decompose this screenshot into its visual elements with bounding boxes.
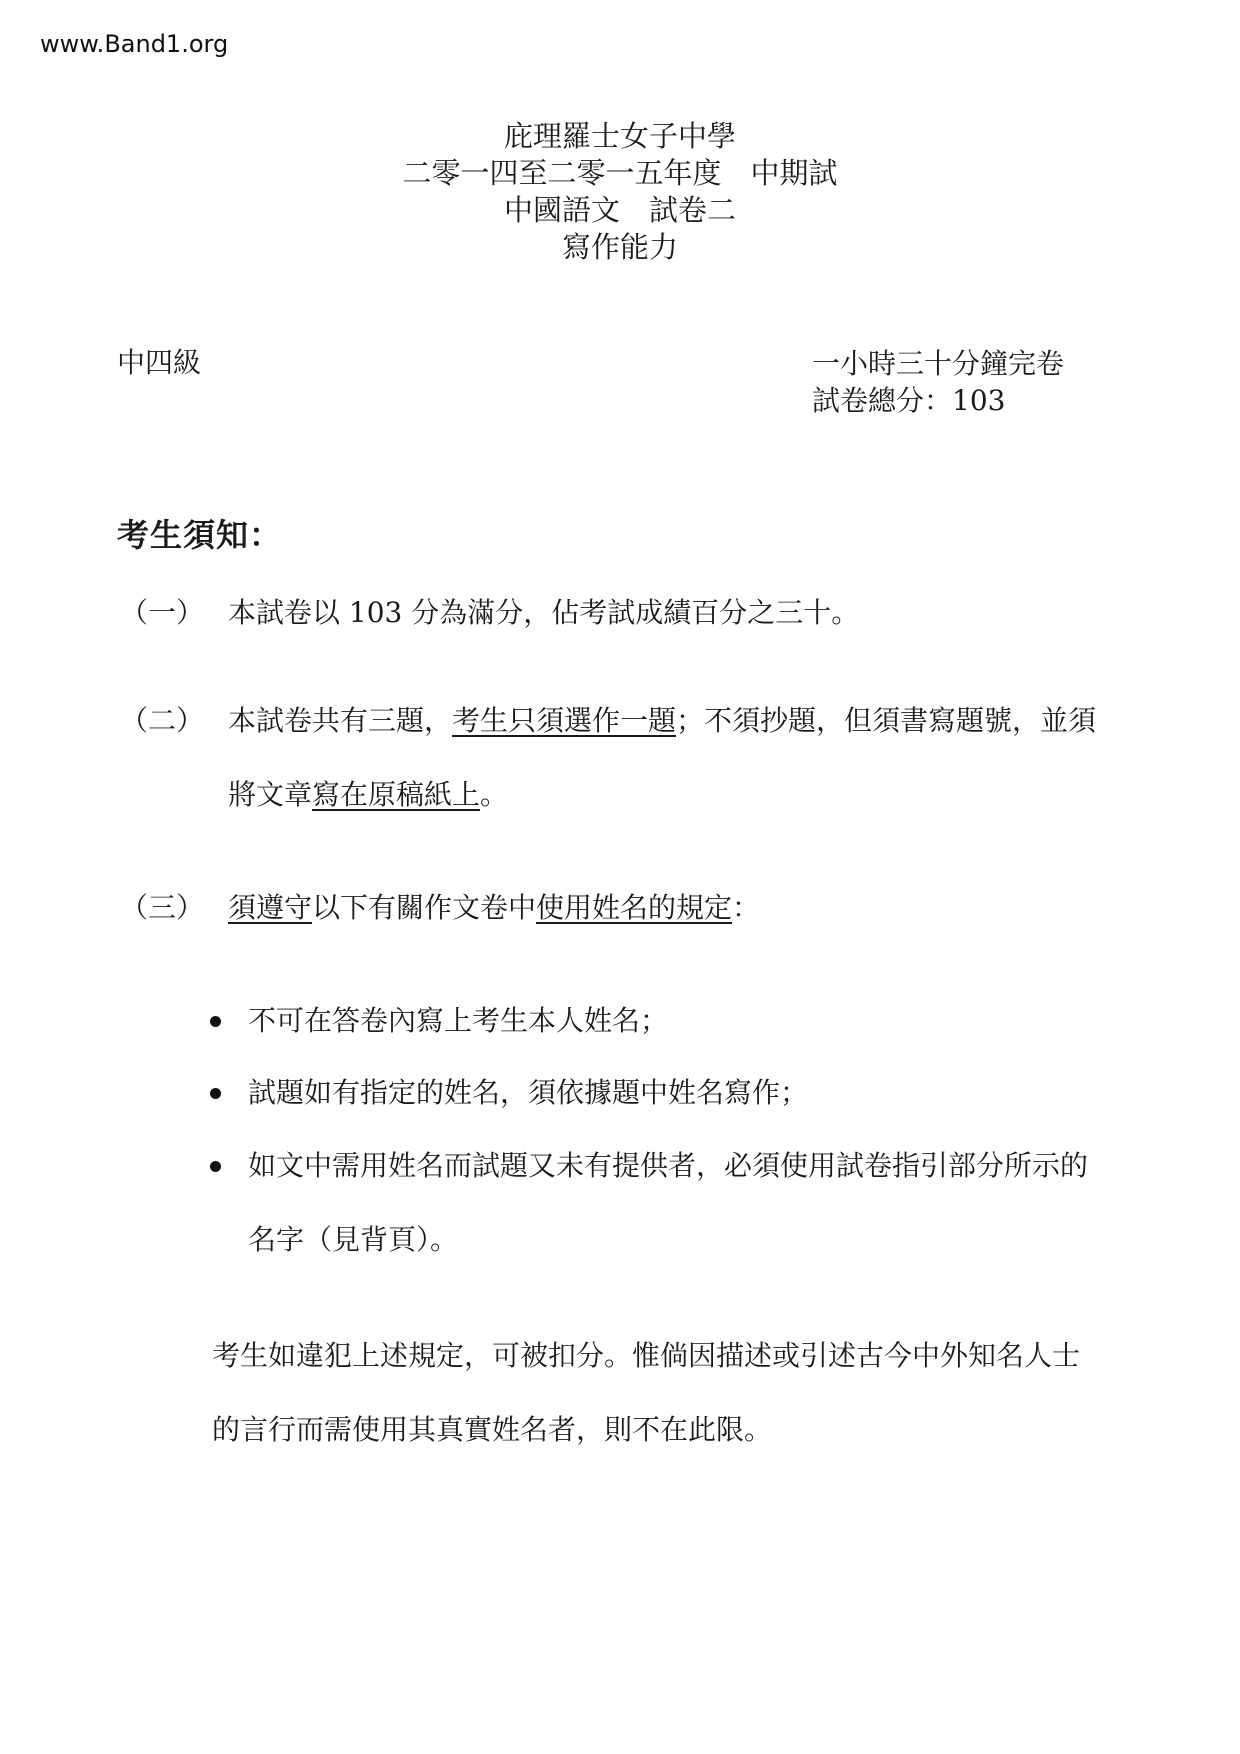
closing-paragraph: 考生如違犯上述規定，可被扣分。惟倘因描述或引述古今中外知名人士 的言行而需使用其…: [212, 1338, 1080, 1448]
bullet-text: 如文中需用姓名而試題又未有提供者，必須使用試卷指引部分所示的 名字（見背頁）。: [248, 1148, 1088, 1258]
rule-text-segment: 將文章: [228, 778, 312, 811]
grade-label: 中四級: [117, 345, 201, 381]
rule-number: （三）: [120, 890, 204, 926]
rule-text-segment: ；不須抄題，但須書寫題號，並須: [676, 704, 1096, 737]
rule-line-1: 本試卷共有三題，考生只須選作一題；不須抄題，但須書寫題號，並須: [228, 703, 1096, 739]
rule-number: （一）: [120, 595, 204, 631]
subject-paper: 中國語文 試卷二: [0, 192, 1240, 229]
school-name: 庇理羅士女子中學: [0, 118, 1240, 155]
rule-text: 須遵守以下有關作文卷中使用姓名的規定：: [228, 890, 760, 926]
rule-text: 本試卷以 103 分為滿分，佔考試成績百分之三十。: [228, 595, 859, 631]
rule-text: 本試卷共有三題，考生只須選作一題；不須抄題，但須書寫題號，並須 將文章寫在原稿紙…: [228, 703, 1096, 813]
exam-meta: 一小時三十分鐘完卷 試卷總分：103: [812, 345, 1064, 419]
total-marks-label: 試卷總分：103: [812, 382, 1064, 419]
bullet-line: 不可在答卷內寫上考生本人姓名；: [248, 1003, 668, 1039]
rule-text-segment: 本試卷以 103 分為滿分，佔考試成績百分之三十。: [228, 596, 859, 629]
bullet-line: 試題如有指定的姓名，須依據題中姓名寫作；: [248, 1075, 808, 1111]
rule-text-underlined: 寫在原稿紙上: [312, 778, 480, 811]
bullet-icon: [210, 1088, 221, 1099]
notice-heading: 考生須知：: [117, 510, 282, 556]
bullet-line: 名字（見背頁）。: [248, 1222, 1088, 1258]
duration-label: 一小時三十分鐘完卷: [812, 345, 1064, 382]
bullet-text: 不可在答卷內寫上考生本人姓名；: [248, 1003, 668, 1039]
closing-line-2: 的言行而需使用其真實姓名者，則不在此限。: [212, 1412, 1080, 1448]
rule-number: （二）: [120, 703, 204, 739]
bullet-icon: [210, 1161, 221, 1172]
document-header: 庇理羅士女子中學 二零一四至二零一五年度 中期試 中國語文 試卷二 寫作能力: [0, 118, 1240, 266]
rule-text-segment: 。: [480, 778, 508, 811]
rule-line-2: 將文章寫在原稿紙上。: [228, 777, 1096, 813]
rule-text-underlined: 使用姓名的規定: [536, 891, 732, 924]
rule-text-segment: ：: [732, 891, 760, 924]
rule-text-underlined: 須遵守: [228, 891, 312, 924]
rule-text-underlined: 考生只須選作一題: [452, 704, 676, 737]
bullet-icon: [210, 1016, 221, 1027]
bullet-text: 試題如有指定的姓名，須依據題中姓名寫作；: [248, 1075, 808, 1111]
exam-year: 二零一四至二零一五年度 中期試: [0, 155, 1240, 192]
paper-title: 寫作能力: [0, 229, 1240, 266]
rule-text-segment: 本試卷共有三題，: [228, 704, 452, 737]
watermark-url: www.Band1.org: [40, 30, 228, 58]
closing-line-1: 考生如違犯上述規定，可被扣分。惟倘因描述或引述古今中外知名人士: [212, 1338, 1080, 1374]
rule-text-segment: 以下有關作文卷中: [312, 891, 536, 924]
bullet-line: 如文中需用姓名而試題又未有提供者，必須使用試卷指引部分所示的: [248, 1148, 1088, 1184]
